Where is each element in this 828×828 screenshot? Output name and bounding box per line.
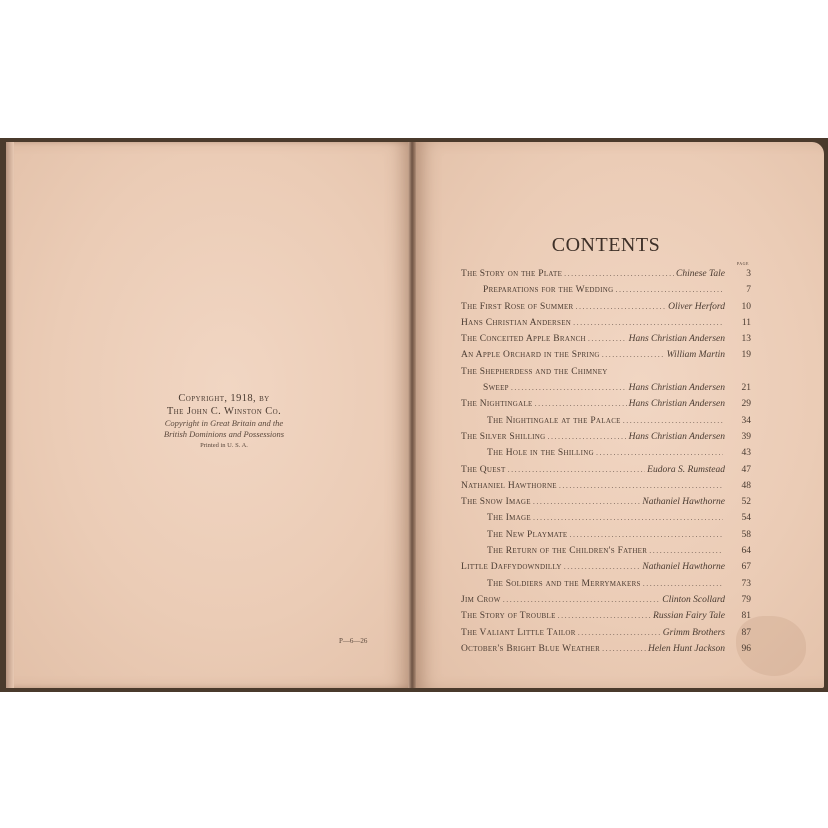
table-of-contents: CONTENTS page The Story on the PlateChin… — [461, 234, 751, 660]
toc-entry: Little DaffydowndillyNathaniel Hawthorne… — [461, 562, 751, 578]
dot-leader — [573, 318, 723, 327]
entry-author: Nathaniel Hawthorne — [642, 497, 725, 507]
toc-entry: An Apple Orchard in the SpringWilliam Ma… — [461, 350, 751, 366]
dot-leader — [535, 399, 627, 408]
entry-title: The Nightingale — [461, 399, 533, 409]
entry-page-number: 58 — [725, 530, 751, 540]
toc-entry: The Story of TroubleRussian Fairy Tale81 — [461, 611, 751, 627]
dot-leader — [602, 644, 646, 653]
entry-author: Hans Christian Andersen — [629, 432, 725, 442]
copyright-line: Copyright, 1918, by — [144, 392, 304, 405]
dot-leader — [564, 562, 641, 571]
entry-page-number: 96 — [725, 644, 751, 654]
dot-leader — [602, 350, 665, 359]
entry-title: Hans Christian Andersen — [461, 318, 571, 328]
dot-leader — [615, 285, 723, 294]
toc-entry: The Shepherdess and the Chimney — [461, 367, 751, 383]
entry-author: Eudora S. Rumstead — [647, 465, 725, 475]
entry-page-number: 64 — [725, 546, 751, 556]
dot-leader — [578, 628, 661, 637]
dot-leader — [511, 383, 627, 392]
toc-entry: The Nightingale at the Palace34 — [461, 416, 751, 432]
toc-entry: The Silver ShillingHans Christian Anders… — [461, 432, 751, 448]
toc-entry: The New Playmate58 — [461, 530, 751, 546]
entry-title: Sweep — [461, 383, 509, 393]
toc-entry: The Image54 — [461, 513, 751, 529]
toc-entry: The Return of the Children's Father64 — [461, 546, 751, 562]
entry-page-number: 47 — [725, 465, 751, 475]
dot-leader — [503, 595, 661, 604]
entry-title: October's Bright Blue Weather — [461, 644, 600, 654]
entry-title: The Return of the Children's Father — [461, 546, 647, 556]
entry-page-number: 87 — [725, 628, 751, 638]
entry-page-number: 11 — [725, 318, 751, 328]
entry-title: An Apple Orchard in the Spring — [461, 350, 600, 360]
toc-entry: SweepHans Christian Andersen21 — [461, 383, 751, 399]
entry-author: Hans Christian Andersen — [629, 399, 725, 409]
entry-page-number: 52 — [725, 497, 751, 507]
entry-author: Grimm Brothers — [663, 628, 725, 638]
dot-leader — [649, 546, 723, 555]
open-book: Copyright, 1918, by The John C. Winston … — [0, 138, 828, 692]
entry-author: Hans Christian Andersen — [629, 334, 725, 344]
entry-title: Jim Crow — [461, 595, 501, 605]
entry-title: The Silver Shilling — [461, 432, 546, 442]
entry-title: The Story of Trouble — [461, 611, 556, 621]
toc-entry: The NightingaleHans Christian Andersen29 — [461, 399, 751, 415]
entry-page-number: 43 — [725, 448, 751, 458]
entry-title: The Hole in the Shilling — [461, 448, 594, 458]
entry-author: Nathaniel Hawthorne — [642, 562, 725, 572]
entry-author: Russian Fairy Tale — [653, 611, 725, 621]
contents-title: CONTENTS — [461, 234, 751, 257]
dot-leader — [533, 513, 723, 522]
entry-page-number: 79 — [725, 595, 751, 605]
entry-title: Nathaniel Hawthorne — [461, 481, 557, 491]
entry-page-number: 48 — [725, 481, 751, 491]
print-code: P—6—26 — [339, 637, 367, 645]
entry-page-number: 81 — [725, 611, 751, 621]
entry-author: Hans Christian Andersen — [629, 383, 725, 393]
entry-author: Oliver Herford — [668, 302, 725, 312]
publisher-name: The John C. Winston Co. — [144, 405, 304, 418]
entry-title: The Image — [461, 513, 531, 523]
toc-entry: Preparations for the Wedding7 — [461, 285, 751, 301]
entry-title: The Nightingale at the Palace — [461, 416, 621, 426]
toc-entry: October's Bright Blue WeatherHelen Hunt … — [461, 644, 751, 660]
entry-title: The Quest — [461, 465, 506, 475]
dot-leader — [548, 432, 627, 441]
entry-page-number: 39 — [725, 432, 751, 442]
dot-leader — [596, 448, 723, 457]
entry-page-number: 3 — [725, 269, 751, 279]
entry-author: Chinese Tale — [676, 269, 725, 279]
toc-entry: The Conceited Apple BranchHans Christian… — [461, 334, 751, 350]
dot-leader — [623, 416, 723, 425]
entry-page-number: 73 — [725, 579, 751, 589]
copyright-note: British Dominions and Possessions — [144, 429, 304, 440]
entry-title: Little Daffydowndilly — [461, 562, 562, 572]
dot-leader — [588, 334, 627, 343]
entry-title: The Story on the Plate — [461, 269, 562, 279]
dot-leader — [559, 481, 723, 490]
entry-title: The Conceited Apple Branch — [461, 334, 586, 344]
entry-title: The Valiant Little Tailor — [461, 628, 576, 638]
toc-entry: Nathaniel Hawthorne48 — [461, 481, 751, 497]
copyright-note: Copyright in Great Britain and the — [144, 418, 304, 429]
dot-leader — [533, 497, 641, 506]
dot-leader — [643, 579, 723, 588]
entry-title: Preparations for the Wedding — [461, 285, 613, 295]
dot-leader — [570, 530, 723, 539]
entry-page-number: 21 — [725, 383, 751, 393]
entry-page-number: 19 — [725, 350, 751, 360]
printed-in: Printed in U. S. A. — [144, 440, 304, 451]
entry-title: The Soldiers and the Merrymakers — [461, 579, 641, 589]
toc-list: The Story on the PlateChinese Tale3Prepa… — [461, 269, 751, 660]
entry-page-number: 29 — [725, 399, 751, 409]
page-edge — [6, 142, 14, 688]
entry-author: Clinton Scollard — [662, 595, 725, 605]
entry-title: The First Rose of Summer — [461, 302, 574, 312]
toc-entry: The Hole in the Shilling43 — [461, 448, 751, 464]
entry-author: William Martin — [667, 350, 725, 360]
left-page: Copyright, 1918, by The John C. Winston … — [6, 142, 410, 688]
right-page: CONTENTS page The Story on the PlateChin… — [416, 142, 824, 688]
entry-title: The Shepherdess and the Chimney — [461, 367, 608, 377]
copyright-block: Copyright, 1918, by The John C. Winston … — [144, 392, 304, 451]
toc-entry: The First Rose of SummerOliver Herford10 — [461, 302, 751, 318]
entry-title: The Snow Image — [461, 497, 531, 507]
entry-page-number: 7 — [725, 285, 751, 295]
entry-page-number: 54 — [725, 513, 751, 523]
dot-leader — [576, 302, 667, 311]
toc-entry: The Story on the PlateChinese Tale3 — [461, 269, 751, 285]
dot-leader — [558, 611, 651, 620]
toc-entry: The Valiant Little TailorGrimm Brothers8… — [461, 628, 751, 644]
page-column-header: page — [461, 261, 749, 269]
dot-leader — [508, 465, 646, 474]
toc-entry: Hans Christian Andersen11 — [461, 318, 751, 334]
toc-entry: The Snow ImageNathaniel Hawthorne52 — [461, 497, 751, 513]
toc-entry: The QuestEudora S. Rumstead47 — [461, 465, 751, 481]
toc-entry: Jim CrowClinton Scollard79 — [461, 595, 751, 611]
entry-title: The New Playmate — [461, 530, 568, 540]
toc-entry: The Soldiers and the Merrymakers73 — [461, 579, 751, 595]
entry-page-number: 10 — [725, 302, 751, 312]
entry-page-number: 34 — [725, 416, 751, 426]
entry-page-number: 67 — [725, 562, 751, 572]
dot-leader — [564, 269, 674, 278]
entry-author: Helen Hunt Jackson — [648, 644, 725, 654]
entry-page-number: 13 — [725, 334, 751, 344]
